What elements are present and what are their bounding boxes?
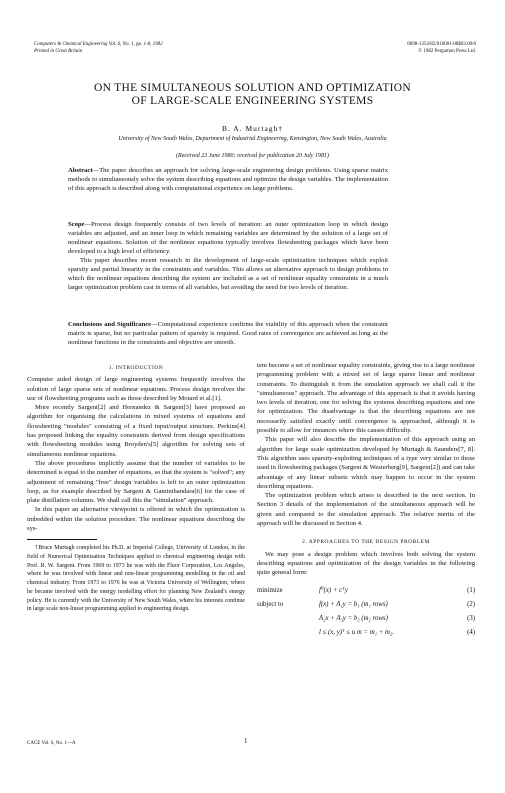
title-line-2: OF LARGE-SCALE ENGINEERING SYSTEMS [0, 95, 505, 108]
journal-code: 0098-1354/82/010001-08$03.00/0 © 1982 Pe… [407, 42, 476, 55]
paragraph: The optimization problem which arises is… [257, 491, 475, 528]
section-heading-approaches: 2. APPROACHES TO THE DESIGN PROBLEM [257, 538, 475, 547]
scope-text: —Process design frequently consists of t… [68, 221, 388, 255]
scope-text-2: This paper describes recent research in … [68, 256, 388, 292]
equation-4: l ≤ (x, y)ᵀ ≤ u m = m₁ + m₂. (4) [257, 628, 475, 642]
paragraph: In this paper an alternative viewpoint i… [27, 505, 245, 533]
paragraph: The above procedures implicitly assume t… [27, 459, 245, 505]
abstract-label: Abstract [68, 167, 93, 174]
abstract-text: —The paper describes an approach for sol… [68, 167, 388, 192]
paper-title: ON THE SIMULTANEOUS SOLUTION AND OPTIMIZ… [0, 82, 505, 108]
issn-line: 0098-1354/82/010001-08$03.00/0 [407, 42, 476, 49]
journal-line: Computers & Chemical Engineering Vol. 6,… [34, 42, 163, 49]
copyright-line: © 1982 Pergamon Press Ltd. [407, 49, 476, 56]
scope: Scope—Process design frequently consists… [68, 220, 388, 292]
paragraph: Computer aided design of large engineeri… [27, 375, 245, 403]
equation-1: minimize f⁰(x) + cᵀy (1) [257, 586, 475, 600]
equation-2: subject to f(x) + A₁y = b₁ (m₁ rows) (2) [257, 600, 475, 614]
conclusions-label: Conclusions and Significance [68, 321, 151, 328]
author: B. A. Murtagh† [0, 124, 505, 133]
received-date: (Received 23 June 1980; received for pub… [0, 153, 505, 159]
footnote-divider [27, 539, 97, 540]
printed-line: Printed in Great Britain [34, 49, 163, 56]
footnote-text: †Bruce Murtagh completed his Ph.D. at Im… [27, 544, 245, 614]
conclusions: Conclusions and Significance—Computation… [68, 320, 388, 347]
paragraph: We may pose a design problem which invol… [257, 550, 475, 578]
footnote: †Bruce Murtagh completed his Ph.D. at Im… [27, 544, 245, 614]
journal-citation: Computers & Chemical Engineering Vol. 6,… [34, 42, 163, 55]
title-line-1: ON THE SIMULTANEOUS SOLUTION AND OPTIMIZ… [0, 82, 505, 95]
paragraph: tem become a set of nonlinear equality c… [257, 361, 475, 435]
scope-label: Scope [68, 221, 84, 228]
paragraph: More recently Sargent[2] and Hernandez &… [27, 403, 245, 459]
affiliation: University of New South Wales, Departmen… [0, 136, 505, 142]
paragraph: This paper will also describe the implem… [257, 435, 475, 491]
abstract: Abstract—The paper describes an approach… [68, 166, 388, 193]
right-column: tem become a set of nonlinear equality c… [257, 361, 475, 642]
left-column: 1. INTRODUCTION Computer aided design of… [27, 364, 245, 614]
equation-3: A₂x + A₃y = b₂ (m₂ rows) (3) [257, 614, 475, 628]
page-number: 1 [244, 737, 248, 745]
journal-abbrev: CACE Vol. 6, No. 1—A [27, 741, 76, 746]
section-heading-introduction: 1. INTRODUCTION [27, 364, 245, 373]
